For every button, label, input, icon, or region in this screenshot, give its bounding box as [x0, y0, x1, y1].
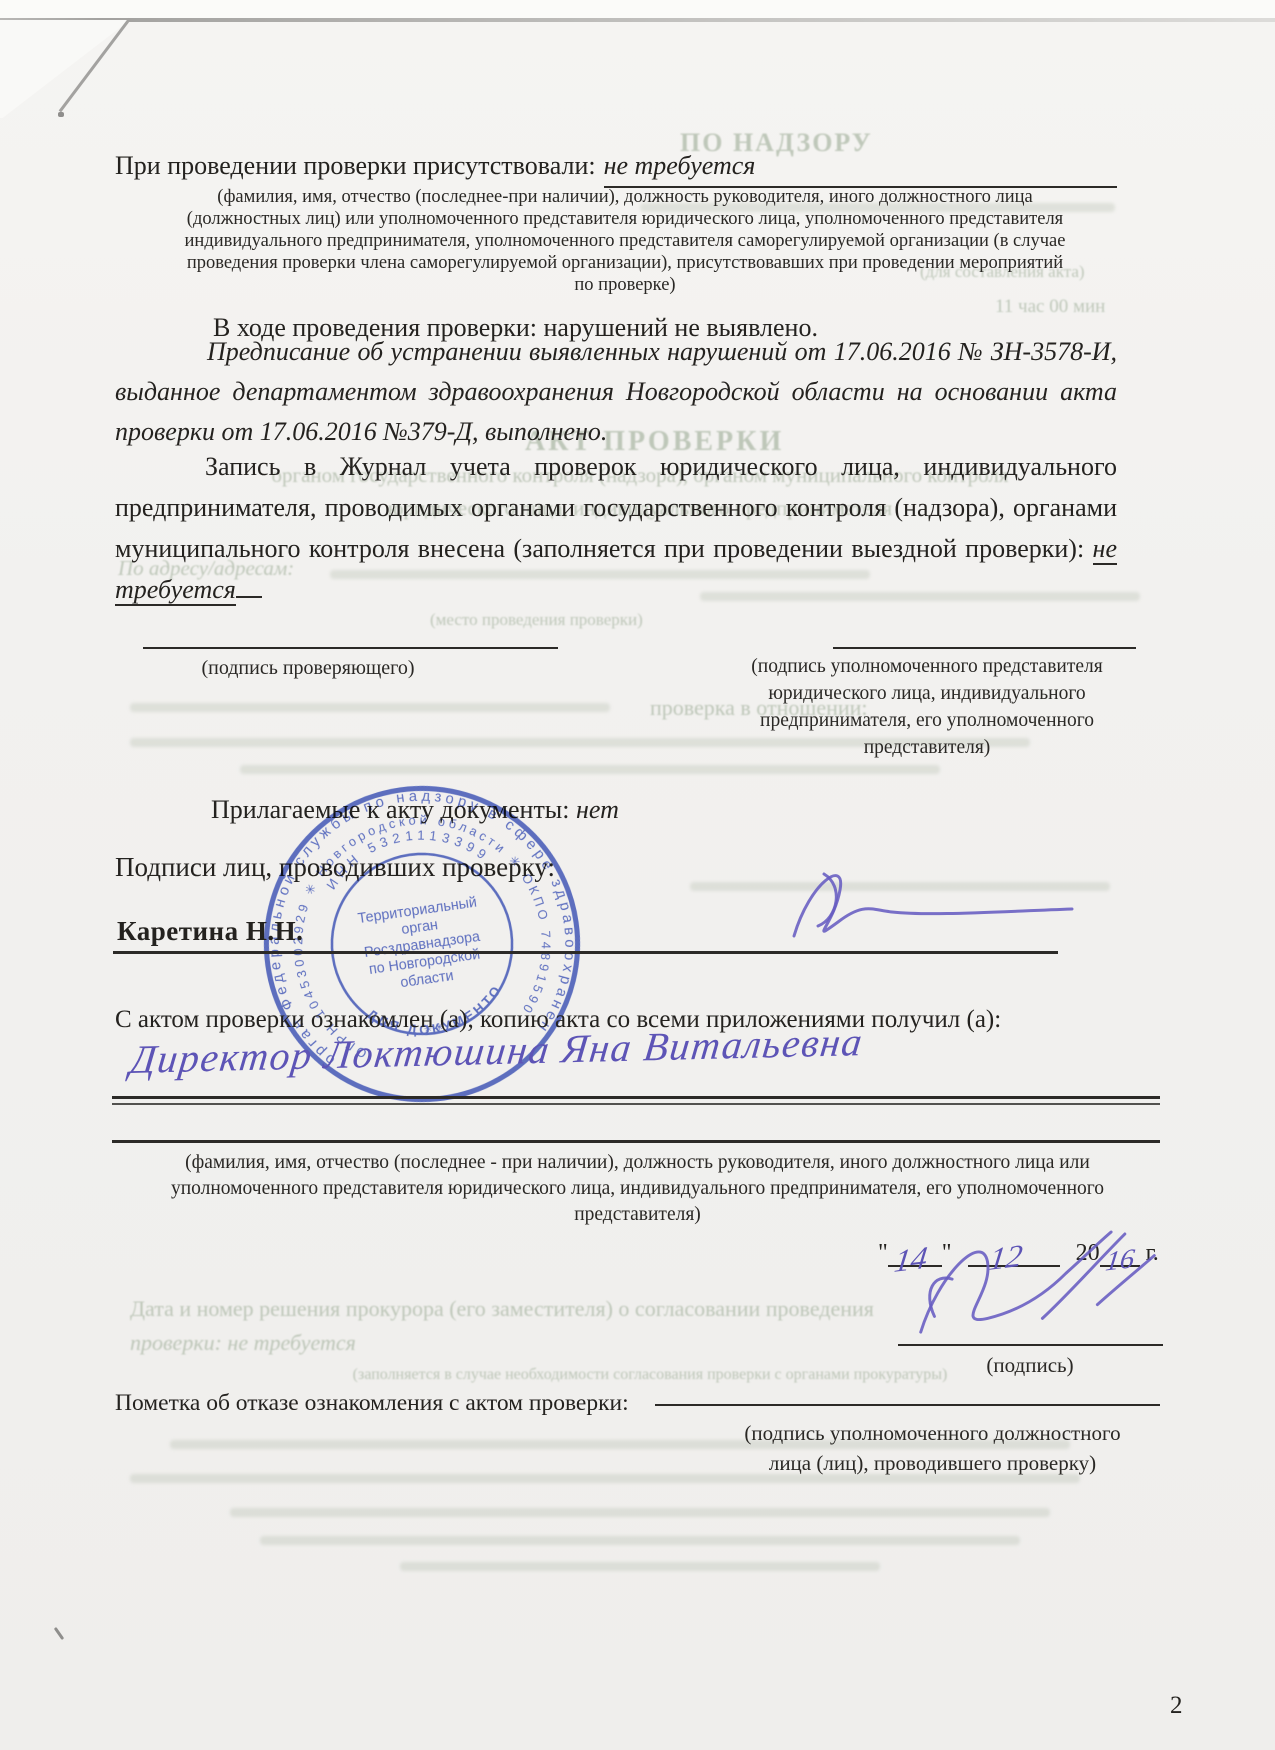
signature-rule-line	[898, 1344, 1163, 1346]
prescription-paragraph: Предписание об устранении выявленных нар…	[115, 332, 1117, 452]
ack-rule-line-2	[112, 1140, 1160, 1143]
journal-paragraph: Запись в Журнал учета проверок юридическ…	[115, 446, 1117, 610]
scan-speck	[58, 112, 64, 117]
signature-caption-left: (подпись проверяющего)	[143, 655, 473, 681]
quote-mark: "	[878, 1240, 888, 1267]
scan-speck	[54, 1627, 64, 1640]
journal-text: Запись в Журнал учета проверок юридическ…	[115, 452, 1117, 563]
inspector-signature	[780, 852, 1080, 967]
caption-line: (должностных лиц) или уполномоченного пр…	[115, 208, 1135, 230]
caption-line: уполномоченного представителя юридическо…	[115, 1176, 1160, 1202]
bleedthrough-strip	[400, 1562, 880, 1571]
caption-line: предпринимателя, его уполномоченного	[703, 707, 1151, 734]
bleedthrough-strip	[130, 703, 610, 712]
representative-signature	[905, 1222, 1170, 1350]
scan-top-edge-line	[0, 18, 1275, 22]
page-number: 2	[1170, 1692, 1183, 1720]
caption-line: (подпись уполномоченного представителя	[703, 653, 1151, 680]
scan-top-edge	[0, 0, 1275, 18]
caption-line: проведения проверки члена саморегулируем…	[115, 252, 1135, 274]
caption-line: (фамилия, имя, отчество (последнее - при…	[115, 1150, 1160, 1176]
attendees-label: При проведении проверки присутствовали:	[115, 146, 604, 188]
attendees-caption: (фамилия, имя, отчество (последнее-при н…	[115, 186, 1135, 296]
caption-line: по проверке)	[115, 274, 1135, 296]
signature-line-representative	[833, 647, 1136, 649]
ack-rule-line-1	[112, 1096, 1160, 1099]
signature-caption: (подпись)	[940, 1352, 1120, 1378]
signature-line-inspector	[143, 647, 558, 649]
inspector-rule-line	[113, 951, 1058, 954]
ack-rule-line-1b	[112, 1103, 1160, 1105]
refusal-caption: (подпись уполномоченного должностного ли…	[705, 1418, 1160, 1478]
caption-line: индивидуального предпринимателя, уполном…	[115, 230, 1135, 252]
caption-line: представителя)	[703, 734, 1151, 761]
attendees-row: При проведении проверки присутствовали: …	[115, 146, 1117, 188]
attachments-value: нет	[576, 795, 619, 824]
attendees-value: не требуется	[604, 146, 1117, 188]
refusal-blank-line	[655, 1404, 1160, 1406]
scanned-document-page: ПО НАДЗОРУ (для составления акта) 11 час…	[0, 0, 1275, 1750]
bleedthrough-text: проверки: не требуется	[130, 1330, 356, 1356]
caption-line: (подпись уполномоченного должностного	[705, 1418, 1160, 1448]
bleedthrough-strip	[240, 765, 940, 774]
bleedthrough-text: (место проведения проверки)	[430, 610, 643, 630]
caption-line: лица (лиц), проводившего проверку)	[705, 1448, 1160, 1478]
ack-caption: (фамилия, имя, отчество (последнее - при…	[115, 1150, 1160, 1228]
refusal-label: Пометка об отказе ознакомления с актом п…	[115, 1390, 629, 1417]
caption-line: (фамилия, имя, отчество (последнее-при н…	[115, 186, 1135, 208]
caption-line: юридического лица, индивидуального	[703, 680, 1151, 707]
bleedthrough-text: (заполняется в случае необходимости согл…	[300, 1366, 1000, 1384]
signature-caption-right: (подпись уполномоченного представителя ю…	[703, 653, 1151, 761]
bleedthrough-strip	[260, 1536, 1020, 1545]
inspector-name: Каретина Н.Н.	[117, 916, 303, 947]
blank-line	[236, 596, 262, 598]
bleedthrough-strip	[230, 1508, 1050, 1517]
